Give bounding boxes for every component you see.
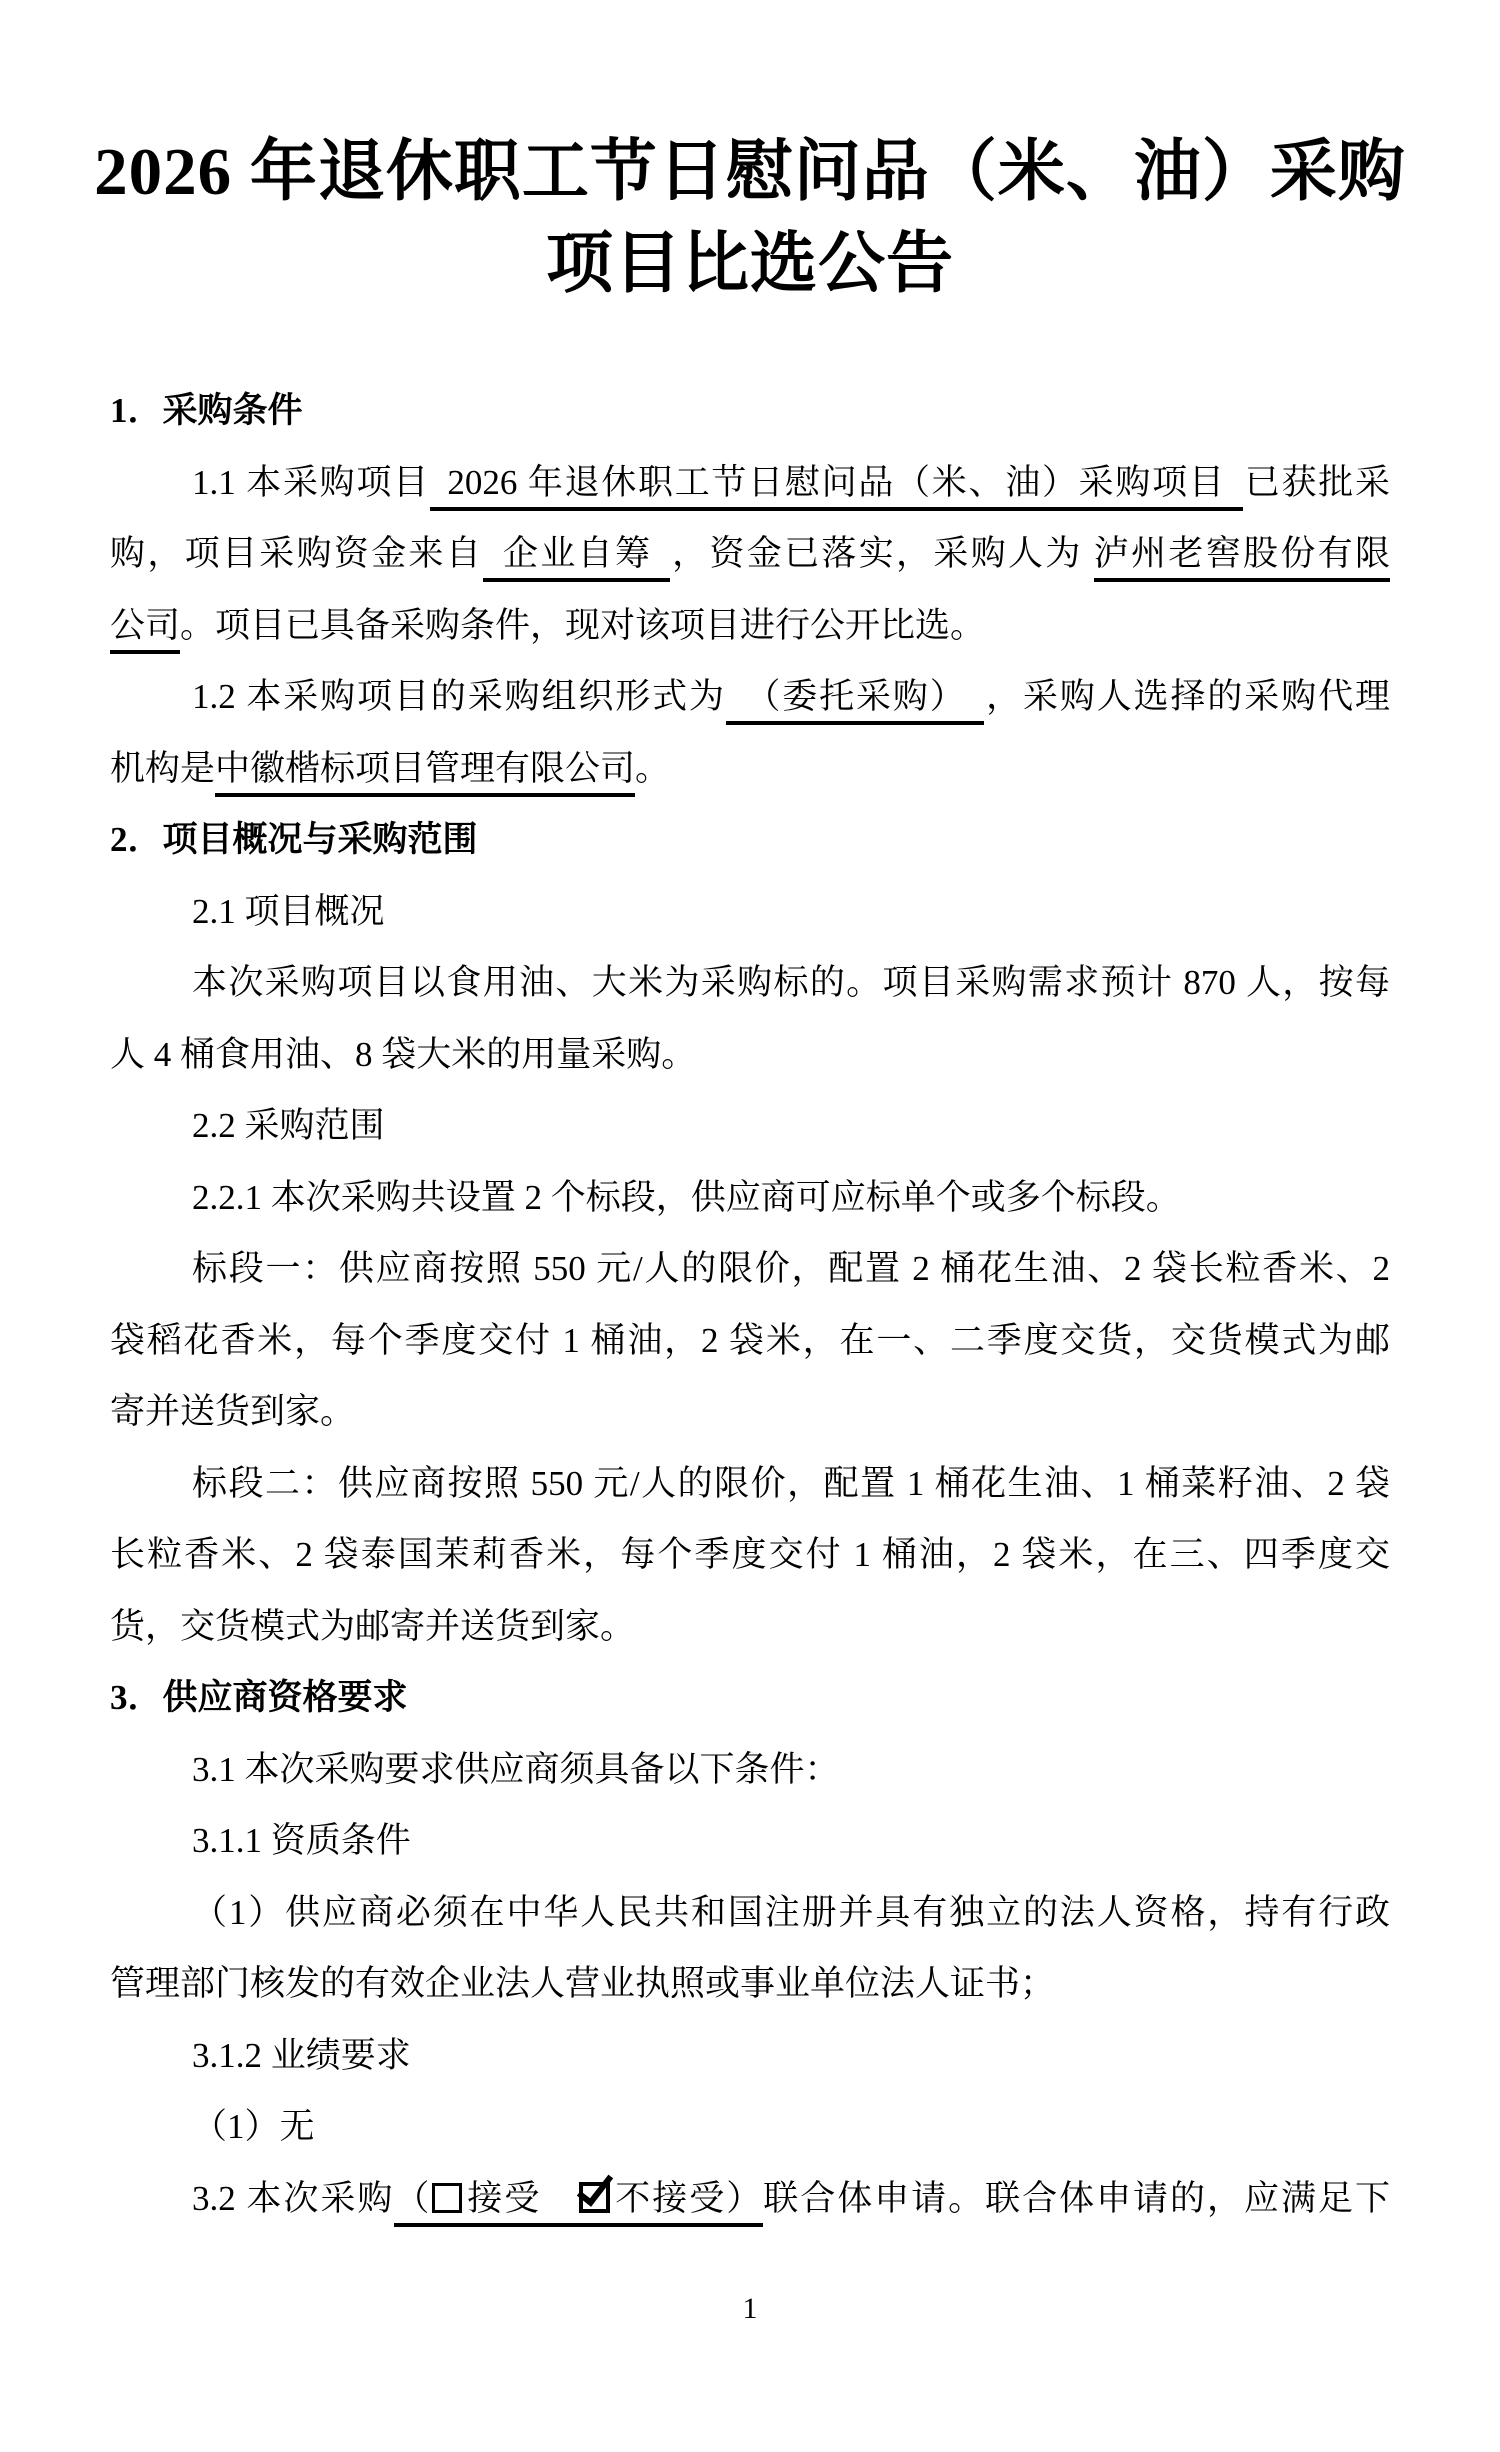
text-segment: 标段一：供应商按照 550 元/人的限价，配置 2 桶花生油、2 袋长粒香米、2 (192, 1249, 1390, 1288)
para-lot2-line3: 货，交货模式为邮寄并送货到家。 (110, 1591, 1390, 1663)
text-segment: 1.2 本采购项目的采购组织形式为 (192, 677, 726, 716)
underlined-text: ） (726, 2179, 763, 2227)
text-segment: 2.2 采购范围 (192, 1106, 385, 1145)
underlined-text: 2026 年退休职工节日慰问品（米、油）采购项目 (430, 463, 1243, 511)
para-1-1-line3: 公司。项目已具备采购条件，现对该项目进行公开比选。 (110, 590, 1390, 662)
document-title-line2: 项目比选公告 (0, 218, 1500, 310)
text-segment: 货，交货模式为邮寄并送货到家。 (110, 1607, 635, 1646)
para-2-2-heading: 2.2 采购范围 (110, 1090, 1390, 1162)
text-segment: 3.1.1 资质条件 (192, 1821, 411, 1860)
para-3-1-1-item1-line2: 管理部门核发的有效企业法人营业执照或事业单位法人证书； (110, 1948, 1390, 2020)
text-segment: 。 (635, 749, 670, 788)
text-segment: （1）供应商必须在中华人民共和国注册并具有独立的法人资格，持有行政 (192, 1893, 1390, 1932)
text-segment: 管理部门核发的有效企业法人营业执照或事业单位法人证书； (110, 1964, 1055, 2003)
text-segment: 袋稻花香米，每个季度交付 1 桶油，2 袋米，在一、二季度交货，交货模式为邮 (110, 1321, 1390, 1360)
text-segment: 机构是 (110, 749, 215, 788)
text-segment: 标段二：供应商按照 550 元/人的限价，配置 1 桶花生油、1 桶菜籽油、2 … (192, 1464, 1390, 1503)
text-segment: 3.2 本次采购 (192, 2179, 394, 2218)
checkbox-wrap-not-accept (578, 2179, 613, 2227)
para-1-1-line2: 购，项目采购资金来自 企业自筹 ，资金已落实，采购人为 泸州老窖股份有限 (110, 518, 1390, 590)
underlined-text: （委托采购） (726, 677, 984, 725)
text-segment: 2.2.1 本次采购共设置 2 个标段，供应商可应标单个或多个标段。 (192, 1178, 1181, 1217)
para-1-2-line1: 1.2 本采购项目的采购组织形式为 （委托采购） ，采购人选择的采购代理 (110, 661, 1390, 733)
para-1-1-line1: 1.1 本采购项目 2026 年退休职工节日慰问品（米、油）采购项目 已获批采 (110, 447, 1390, 519)
text-segment: 长粒香米、2 袋泰国茉莉香米，每个季度交付 1 桶油，2 袋米，在三、四季度交 (110, 1535, 1390, 1574)
heading-2-project-overview-scope: 2．项目概况与采购范围 (110, 804, 1390, 876)
text-segment: 已获批采 (1243, 463, 1390, 502)
check-mark-icon (577, 2167, 613, 2206)
para-lot1-line3: 寄并送货到家。 (110, 1376, 1390, 1448)
checkbox-accept-unchecked (432, 2183, 462, 2213)
para-2-1-line1: 本次采购项目以食用油、大米为采购标的。项目采购需求预计 870 人，按每 (110, 947, 1390, 1019)
para-lot1-line2: 袋稻花香米，每个季度交付 1 桶油，2 袋米，在一、二季度交货，交货模式为邮 (110, 1305, 1390, 1377)
underlined-text: 接受 (465, 2179, 578, 2227)
text-segment: 本次采购项目以食用油、大米为采购标的。项目采购需求预计 870 人，按每 (192, 963, 1390, 1002)
para-2-1-heading: 2.1 项目概况 (110, 876, 1390, 948)
para-3-1-2-heading: 3.1.2 业绩要求 (110, 2020, 1390, 2092)
text-segment: ，资金已落实，采购人为 (670, 534, 1094, 573)
text-segment: 1．采购条件 (110, 391, 303, 430)
text-segment: 人 4 桶食用油、8 袋大米的用量采购。 (110, 1035, 696, 1074)
text-segment: ，采购人选择的采购代理 (984, 677, 1390, 716)
para-3-1: 3.1 本次采购要求供应商须具备以下条件： (110, 1734, 1390, 1806)
para-2-1-line2: 人 4 桶食用油、8 袋大米的用量采购。 (110, 1019, 1390, 1091)
heading-1-procurement-conditions: 1．采购条件 (110, 375, 1390, 447)
para-2-2-1: 2.2.1 本次采购共设置 2 个标段，供应商可应标单个或多个标段。 (110, 1162, 1390, 1234)
text-segment: 3．供应商资格要求 (110, 1678, 408, 1717)
text-segment: 。项目已具备采购条件，现对该项目进行公开比选。 (180, 606, 985, 645)
para-3-1-1-item1-line1: （1）供应商必须在中华人民共和国注册并具有独立的法人资格，持有行政 (110, 1877, 1390, 1949)
para-3-1-1-heading: 3.1.1 资质条件 (110, 1805, 1390, 1877)
document-title-line1: 2026 年退休职工节日慰问品（米、油）采购 (0, 126, 1500, 218)
text-segment: 1.1 本采购项目 (192, 463, 430, 502)
heading-3-supplier-qualification: 3．供应商资格要求 (110, 1662, 1390, 1734)
para-lot2-line2: 长粒香米、2 袋泰国茉莉香米，每个季度交付 1 桶油，2 袋米，在三、四季度交 (110, 1519, 1390, 1591)
text-segment: 3.1 本次采购要求供应商须具备以下条件： (192, 1750, 840, 1789)
para-lot2-line1: 标段二：供应商按照 550 元/人的限价，配置 1 桶花生油、1 桶菜籽油、2 … (110, 1448, 1390, 1520)
underlined-text: （ (394, 2179, 431, 2227)
para-lot1-line1: 标段一：供应商按照 550 元/人的限价，配置 2 桶花生油、2 袋长粒香米、2 (110, 1233, 1390, 1305)
underlined-text: 企业自筹 (483, 534, 670, 582)
underlined-text: 不接受 (613, 2179, 726, 2227)
text-segment: 联合体申请。联合体申请的，应满足下 (763, 2179, 1390, 2218)
text-segment: 购，项目采购资金来自 (110, 534, 483, 573)
document-title: 2026 年退休职工节日慰问品（米、油）采购 项目比选公告 (0, 126, 1500, 310)
para-1-2-line2: 机构是中徽楷标项目管理有限公司。 (110, 733, 1390, 805)
underlined-text: 中徽楷标项目管理有限公司 (215, 749, 635, 797)
document-body: 1．采购条件1.1 本采购项目 2026 年退休职工节日慰问品（米、油）采购项目… (110, 375, 1390, 2234)
text-segment: 3.1.2 业绩要求 (192, 2036, 411, 2075)
para-3-1-2-item1: （1）无 (110, 2091, 1390, 2163)
page-number: 1 (0, 2292, 1500, 2326)
checkbox-wrap-accept (431, 2179, 465, 2227)
underlined-text: 泸州老窖股份有限 (1094, 534, 1390, 582)
para-3-2: 3.2 本次采购（接受 不接受）联合体申请。联合体申请的，应满足下 (110, 2163, 1390, 2235)
text-segment: 寄并送货到家。 (110, 1392, 355, 1431)
underlined-text: 公司 (110, 606, 180, 654)
text-segment: （1）无 (192, 2107, 315, 2146)
checkbox-not-accept-checked (579, 2182, 610, 2213)
text-segment: 2．项目概况与采购范围 (110, 820, 478, 859)
text-segment: 2.1 项目概况 (192, 892, 385, 931)
document-page: 2026 年退休职工节日慰问品（米、油）采购 项目比选公告 1．采购条件1.1 … (0, 0, 1500, 2452)
